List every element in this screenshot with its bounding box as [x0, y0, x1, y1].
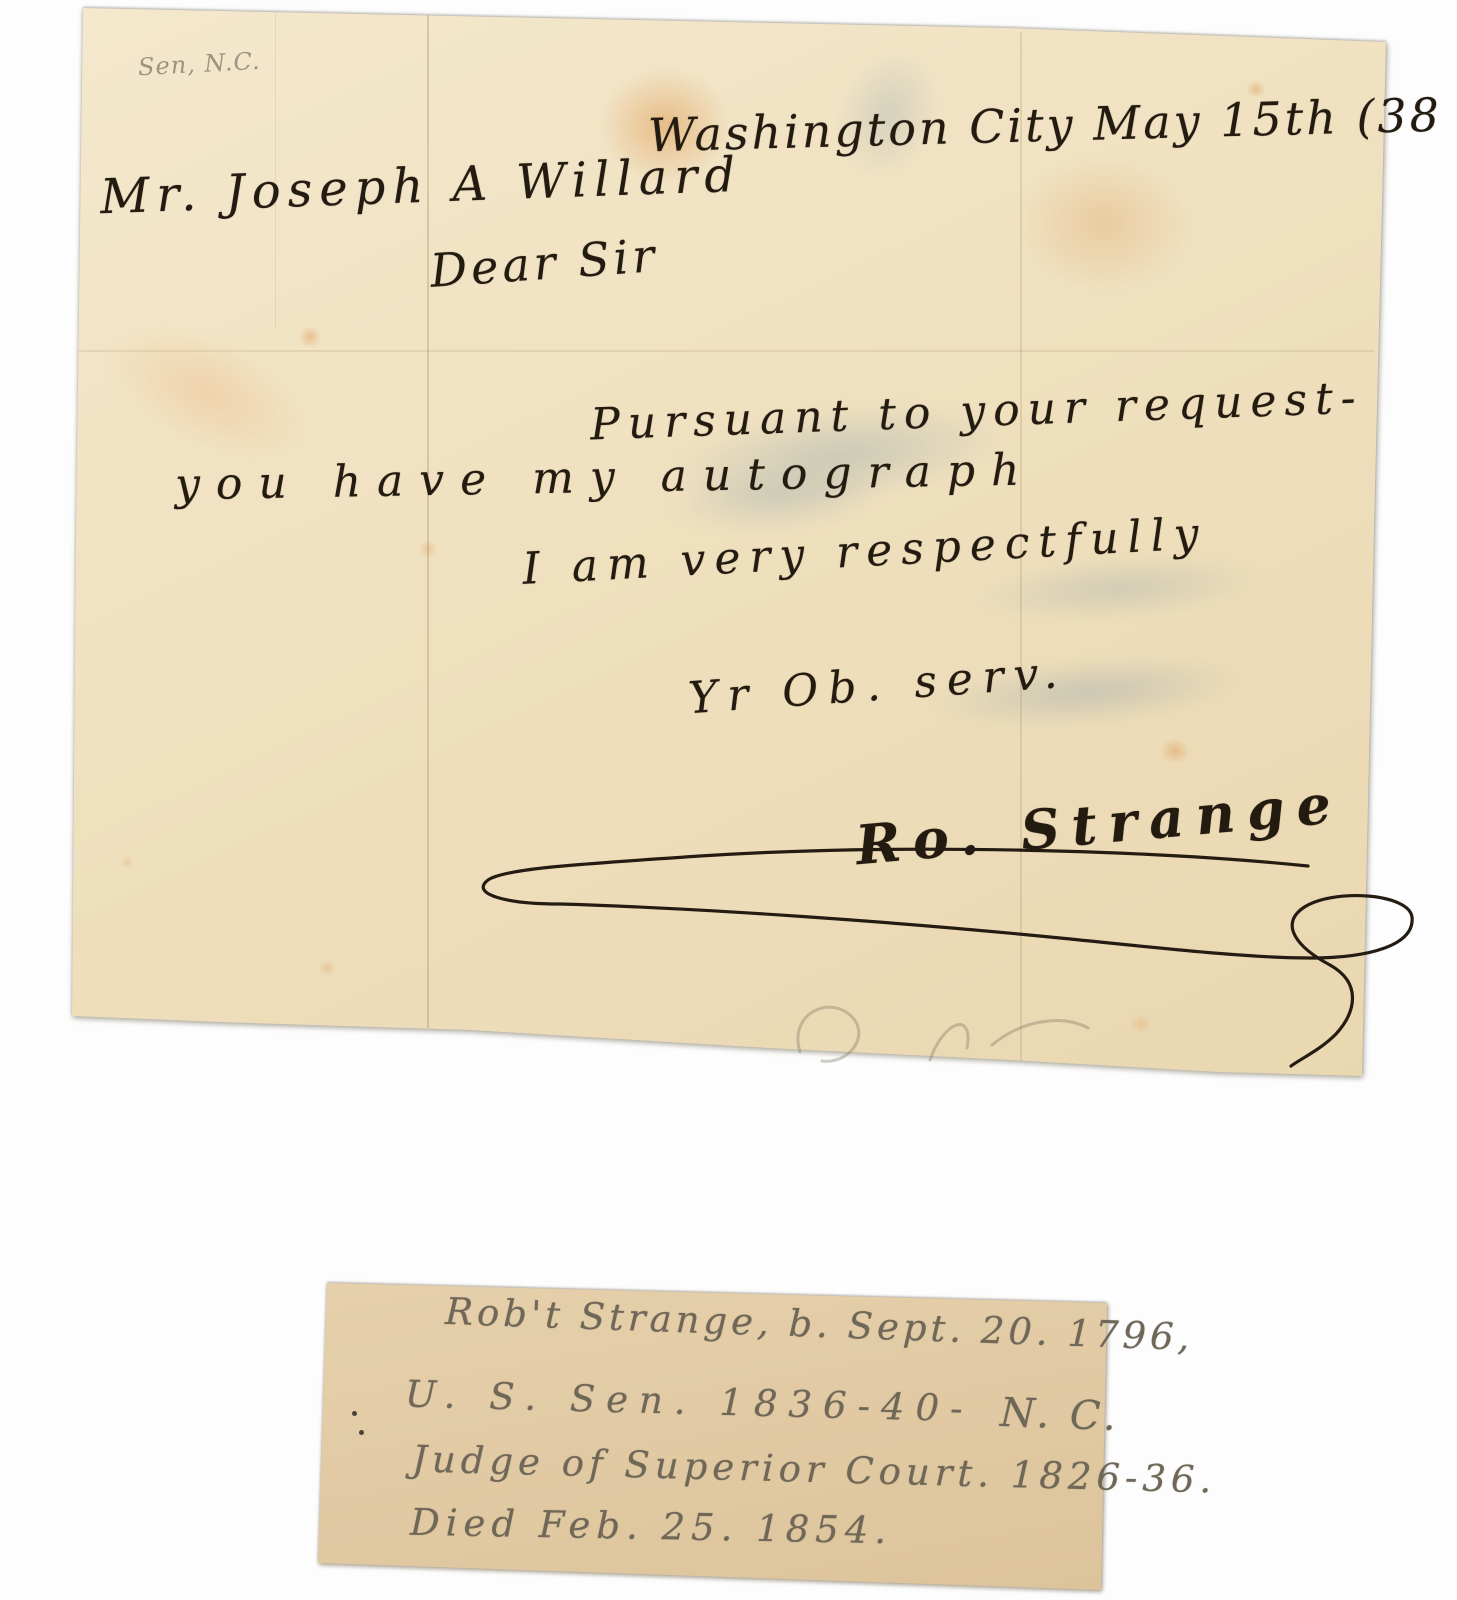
foxing-spot	[1130, 1014, 1152, 1034]
scanned-document-page: Sen, N.C. Washington City May 15th (38 M…	[0, 0, 1457, 1600]
foxing-spot	[418, 540, 438, 558]
foxing-spot	[298, 326, 322, 348]
foxing-spot	[318, 960, 336, 976]
foxing-spot	[120, 856, 134, 869]
slip-line-2-state: N. C.	[999, 1390, 1120, 1440]
paper-speck	[359, 1430, 364, 1435]
foxing-spot	[1160, 738, 1190, 764]
slip-line-4: Died Feb. 25. 1854.	[410, 1501, 893, 1552]
fold-crease-horizontal	[74, 350, 1374, 352]
paper-speck	[352, 1411, 357, 1416]
tan-stain	[1018, 158, 1188, 288]
